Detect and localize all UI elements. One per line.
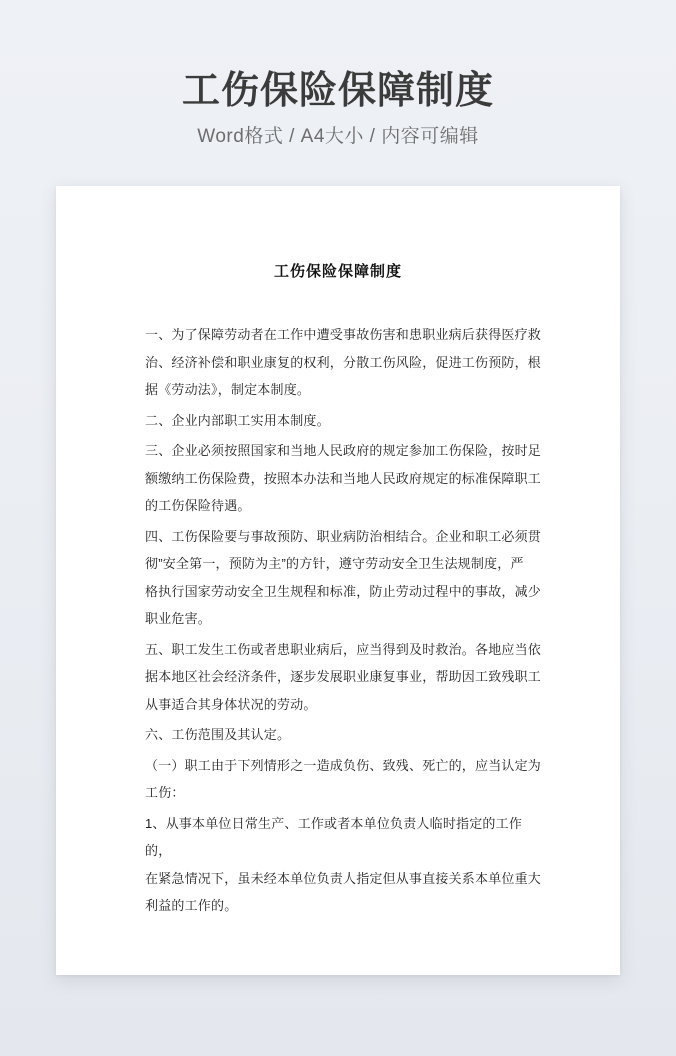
template-preview-page: 工伤保险保障制度 Word格式 / A4大小 / 内容可编辑 工伤保险保障制度 … bbox=[0, 0, 676, 1056]
document-title: 工伤保险保障制度 bbox=[129, 260, 547, 284]
paragraph-7: （一）职工由于下列情形之一造成负伤、致残、死亡的，应当认定为 工伤： bbox=[145, 752, 547, 807]
page-title: 工伤保险保障制度 bbox=[0, 68, 676, 114]
paragraph-6: 六、工伤范围及其认定。 bbox=[145, 721, 547, 749]
paragraph-2: 二、企业内部职工实用本制度。 bbox=[145, 407, 547, 435]
paragraph-5: 五、职工发生工伤或者患职业病后，应当得到及时救治。各地应当依 据本地区社会经济条… bbox=[145, 636, 547, 719]
document-page: 工伤保险保障制度 一、为了保障劳动者在工作中遭受事故伤害和患职业病后获得医疗救 … bbox=[56, 186, 620, 975]
paragraph-3: 三、企业必须按照国家和当地人民政府的规定参加工伤保险，按时足 额缴纳工伤保险费，… bbox=[145, 437, 547, 520]
paragraph-8: 1、从事本单位日常生产、工作或者本单位负责人临时指定的工作的， 在紧急情况下，虽… bbox=[145, 810, 547, 920]
paragraph-4: 四、工伤保险要与事故预防、职业病防治相结合。企业和职工必须贯 彻”安全第一，预防… bbox=[145, 523, 547, 633]
paragraph-1: 一、为了保障劳动者在工作中遭受事故伤害和患职业病后获得医疗救 治、经济补偿和职业… bbox=[145, 321, 547, 404]
page-subtitle: Word格式 / A4大小 / 内容可编辑 bbox=[0, 124, 676, 150]
document-body: 一、为了保障劳动者在工作中遭受事故伤害和患职业病后获得医疗救 治、经济补偿和职业… bbox=[145, 321, 547, 920]
